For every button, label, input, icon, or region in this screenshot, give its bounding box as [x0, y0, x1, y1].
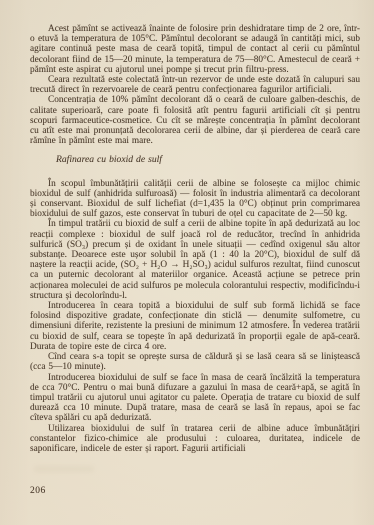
- paragraph: Cînd ceara s-a topit se oprește sursa de…: [30, 352, 360, 372]
- paragraph: Concentrația de 10% pămînt decolorant dă…: [30, 95, 360, 146]
- text-block: Acest pămînt se activează înainte de fol…: [30, 24, 360, 454]
- paragraph: Acest pămînt se activează înainte de fol…: [30, 24, 360, 75]
- page-number: 206: [30, 486, 46, 496]
- paragraph: Introducerea în ceara topită a bioxidulu…: [30, 301, 360, 352]
- paragraph: În timpul tratării cu bioxid de sulf a c…: [30, 219, 360, 301]
- paragraph: Ceara rezultată este colectată într-un r…: [30, 75, 360, 95]
- section-heading: Rafinarea cu bioxid de sulf: [56, 155, 360, 165]
- book-page: Acest pămînt se activează înainte de fol…: [0, 0, 374, 525]
- paragraph: Utilizarea bioxidului de sulf în tratare…: [30, 424, 360, 455]
- paragraph: Introducerea bioxidului de sulf se face …: [30, 373, 360, 424]
- paragraph: În scopul îmbunătățirii calității cerii …: [30, 179, 360, 220]
- bleed-through-smudge: [34, 466, 94, 472]
